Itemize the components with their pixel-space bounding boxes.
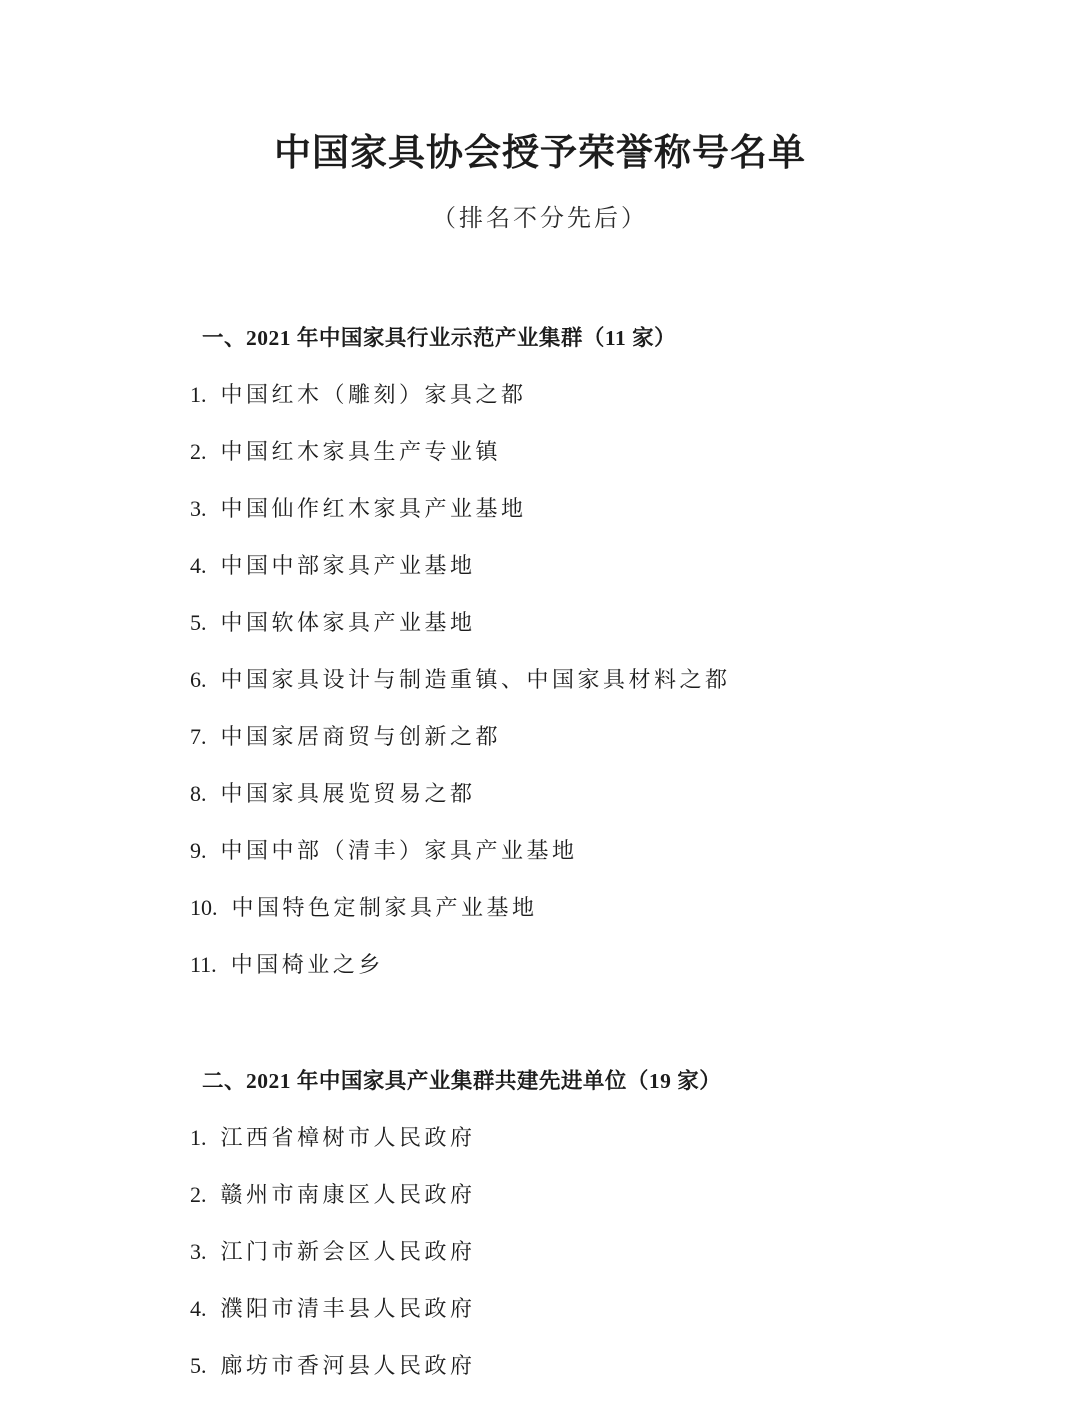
item-text: 赣州市南康区人民政府	[221, 1182, 476, 1207]
item-text: 中国中部（清丰）家具产业基地	[221, 838, 578, 863]
item-number: 6.	[190, 667, 207, 693]
item-text: 中国家居商贸与创新之都	[221, 724, 502, 749]
list-item: 4.中国中部家具产业基地	[190, 553, 1080, 579]
item-number: 2.	[190, 1182, 207, 1208]
item-text: 中国椅业之乡	[231, 952, 384, 977]
item-number: 5.	[190, 1353, 207, 1379]
item-number: 5.	[190, 610, 207, 636]
item-number: 3.	[190, 496, 207, 522]
item-number: 10.	[190, 895, 218, 921]
item-text: 中国特色定制家具产业基地	[232, 895, 538, 920]
section-demonstration-clusters: 一、2021 年中国家具行业示范产业集群（11 家） 1.中国红木（雕刻）家具之…	[0, 325, 1080, 978]
item-text: 濮阳市清丰县人民政府	[221, 1296, 476, 1321]
list-item: 7.中国家居商贸与创新之都	[190, 724, 1080, 750]
list-item: 1.中国红木（雕刻）家具之都	[190, 382, 1080, 408]
item-text: 江西省樟树市人民政府	[221, 1125, 476, 1150]
list-item: 6.中国家具设计与制造重镇、中国家具材料之都	[190, 667, 1080, 693]
section-2-list: 1.江西省樟树市人民政府 2.赣州市南康区人民政府 3.江门市新会区人民政府 4…	[190, 1125, 1080, 1379]
item-text: 中国软体家具产业基地	[221, 610, 476, 635]
item-text: 中国中部家具产业基地	[221, 553, 476, 578]
list-item: 3.江门市新会区人民政府	[190, 1239, 1080, 1265]
item-number: 4.	[190, 1296, 207, 1322]
list-item: 8.中国家具展览贸易之都	[190, 781, 1080, 807]
section-advanced-units: 二、2021 年中国家具产业集群共建先进单位（19 家） 1.江西省樟树市人民政…	[0, 1068, 1080, 1379]
list-item: 2.赣州市南康区人民政府	[190, 1182, 1080, 1208]
list-item: 5.廊坊市香河县人民政府	[190, 1353, 1080, 1379]
item-text: 中国红木家具生产专业镇	[221, 439, 502, 464]
item-number: 4.	[190, 553, 207, 579]
document-subtitle: （排名不分先后）	[0, 198, 1080, 233]
item-number: 2.	[190, 439, 207, 465]
document-page: 中国家具协会授予荣誉称号名单 （排名不分先后） 一、2021 年中国家具行业示范…	[0, 0, 1080, 1418]
item-text: 中国仙作红木家具产业基地	[221, 496, 527, 521]
section-2-heading: 二、2021 年中国家具产业集群共建先进单位（19 家）	[202, 1068, 1080, 1094]
item-text: 廊坊市香河县人民政府	[221, 1353, 476, 1378]
item-text: 中国红木（雕刻）家具之都	[221, 382, 527, 407]
item-number: 9.	[190, 838, 207, 864]
item-number: 7.	[190, 724, 207, 750]
item-number: 3.	[190, 1239, 207, 1265]
item-text: 江门市新会区人民政府	[221, 1239, 476, 1264]
list-item: 11.中国椅业之乡	[190, 952, 1080, 978]
item-text: 中国家具展览贸易之都	[221, 781, 476, 806]
document-title: 中国家具协会授予荣誉称号名单	[0, 0, 1080, 176]
item-number: 11.	[190, 952, 217, 978]
list-item: 5.中国软体家具产业基地	[190, 610, 1080, 636]
item-text: 中国家具设计与制造重镇、中国家具材料之都	[221, 667, 731, 692]
list-item: 9.中国中部（清丰）家具产业基地	[190, 838, 1080, 864]
list-item: 3.中国仙作红木家具产业基地	[190, 496, 1080, 522]
section-1-list: 1.中国红木（雕刻）家具之都 2.中国红木家具生产专业镇 3.中国仙作红木家具产…	[190, 382, 1080, 978]
item-number: 1.	[190, 382, 207, 408]
item-number: 1.	[190, 1125, 207, 1151]
list-item: 10.中国特色定制家具产业基地	[190, 895, 1080, 921]
list-item: 1.江西省樟树市人民政府	[190, 1125, 1080, 1151]
section-1-heading: 一、2021 年中国家具行业示范产业集群（11 家）	[202, 325, 1080, 351]
item-number: 8.	[190, 781, 207, 807]
list-item: 2.中国红木家具生产专业镇	[190, 439, 1080, 465]
list-item: 4.濮阳市清丰县人民政府	[190, 1296, 1080, 1322]
